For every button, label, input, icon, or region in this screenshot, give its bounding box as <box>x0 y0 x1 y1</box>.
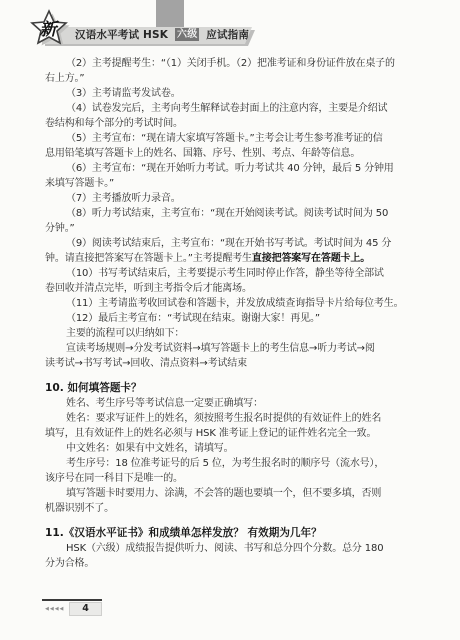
text-segment: 来填写答题卡。” <box>45 178 114 189</box>
text-line: HSK（六级）成绩报告提供听力、阅读、书写和总分四个分数。总分 180 <box>45 541 419 556</box>
text-segment: 11.《汉语水平证书》和成绩单怎样发放？ 有效期为几年？ <box>45 527 322 539</box>
text-segment: （10）书写考试结束后，主考要提示考生同时停止作答，静坐等待全部试 <box>66 268 384 279</box>
text-segment: 中文姓名：如果有中文姓名，请填写。 <box>66 443 233 454</box>
text-line: 卷结构和每个部分的考试时间。 <box>45 116 419 131</box>
text-line: （10）书写考试结束后，主考要提示考生同时停止作答，静坐等待全部试 <box>45 266 419 281</box>
text-line: （4）试卷发完后，主考向考生解释试卷封面上的注意内容，主要是介绍试 <box>45 101 419 116</box>
text-segment: 机器识别不了。 <box>45 503 114 514</box>
emphasized-text: 直接把答案写在答题卡上。 <box>252 253 370 264</box>
text-line: 该序号在同一科目下是唯一的。 <box>45 471 419 486</box>
level-badge: 六级 <box>175 28 199 41</box>
section-heading: 11.《汉语水平证书》和成绩单怎样发放？ 有效期为几年？ <box>45 526 419 541</box>
text-segment: （6）主考宣布：“现在开始听力考试。听力考试共 40 分钟，最后 5 分钟用 <box>66 163 394 174</box>
text-line: 考生序号：18 位准考证号的后 5 位，为考生报名时的顺序号（流水号）， <box>45 456 419 471</box>
text-segment: （8）听力考试结束，主考宣布：“现在开始阅读考试。阅读考试时间为 50 <box>66 208 388 219</box>
text-line: （6）主考宣布：“现在开始听力考试。听力考试共 40 分钟，最后 5 分钟用 <box>45 161 419 176</box>
text-segment: 考生序号：18 位准考证号的后 5 位，为考生报名时的顺序号（流水号）， <box>66 458 384 469</box>
text-line: 宣读考场规则→分发考试资料→填写答题卡上的考生信息→听力考试→阅 <box>45 341 419 356</box>
text-segment: 10. 如何填答题卡？ <box>45 382 142 394</box>
text-line: 填写答题卡时要用力、涂满，不会答的题也要填一个，但不要多填，否则 <box>45 486 419 501</box>
text-line: （9）阅读考试结束后，主考宣布：“现在开始书写考试。考试时间为 45 分 <box>45 236 419 251</box>
star-logo-icon: 新 <box>28 8 70 50</box>
text-segment: 填写答题卡时要用力、涂满，不会答的题也要填一个，但不要多填，否则 <box>66 488 381 499</box>
text-segment: （9）阅读考试结束后，主考宣布：“现在开始书写考试。考试时间为 45 分 <box>66 238 391 249</box>
text-segment: 主要的流程可以归纳如下： <box>66 328 184 339</box>
text-line: 息用铅笔填写答题卡上的姓名、国籍、序号、性别、考点、年龄等信息。 <box>45 146 419 161</box>
text-segment: 息用铅笔填写答题卡上的姓名、国籍、序号、性别、考点、年龄等信息。 <box>45 148 360 159</box>
text-segment: 填写，且有效证件上的姓名必须与 HSK 准考证上登记的证件姓名完全一致。 <box>45 428 376 439</box>
text-line: 主要的流程可以归纳如下： <box>45 326 419 341</box>
text-line: 钟。请直接把答案写在答题卡上。”主考提醒考生直接把答案写在答题卡上。 <box>45 251 419 266</box>
text-segment: 分钟。” <box>45 223 75 234</box>
page-content: （2）主考提醒考生：“（1）关闭手机。（2）把准考证和身份证件放在桌子的右上方。… <box>45 56 419 571</box>
text-line: 来填写答题卡。” <box>45 176 419 191</box>
page-footer: ◀◀◀◀ 4 <box>42 599 102 615</box>
book-title-suffix: 应试指南 <box>206 29 249 41</box>
text-segment: 右上方。” <box>45 73 84 84</box>
text-segment: （7）主考播放听力录音。 <box>66 193 181 204</box>
text-segment: 读考试→书写考试→回收、清点资料→考试结束 <box>45 358 247 369</box>
text-segment: （11）主考请监考收回试卷和答题卡，并发放成绩查询指导卡片给每位考生。 <box>66 298 403 309</box>
section-heading: 10. 如何填答题卡？ <box>45 381 419 396</box>
text-segment: 钟。请直接把答案写在答题卡上。”主考提醒考生 <box>45 253 252 264</box>
text-segment: （2）主考提醒考生：“（1）关闭手机。（2）把准考证和身份证件放在桌子的 <box>66 58 395 69</box>
text-line: （8）听力考试结束，主考宣布：“现在开始阅读考试。阅读考试时间为 50 <box>45 206 419 221</box>
text-segment: （5）主考宣布：“现在请大家填写答题卡。”主考会让考生参考准考证的信 <box>66 133 383 144</box>
text-segment: HSK（六级）成绩报告提供听力、阅读、书写和总分四个分数。总分 180 <box>66 543 383 554</box>
text-segment: （4）试卷发完后，主考向考生解释试卷封面上的注意内容，主要是介绍试 <box>66 103 387 114</box>
text-line: 右上方。” <box>45 71 419 86</box>
book-page: 汉语水平考试 HSK 六级 应试指南 新 （2）主考提醒考生：“（1）关闭手机。… <box>0 0 460 640</box>
text-segment: 卷结构和每个部分的考试时间。 <box>45 118 183 129</box>
text-segment: 卷回收并清点完毕，听到主考指令后才能离场。 <box>45 283 252 294</box>
text-line: 中文姓名：如果有中文姓名，请填写。 <box>45 441 419 456</box>
text-line: 分钟。” <box>45 221 419 236</box>
text-line: 分为合格。 <box>45 556 419 571</box>
text-segment: （12）最后主考宣布：“考试现在结束。谢谢大家！再见。” <box>66 313 320 324</box>
header-tab-bar <box>156 0 184 30</box>
text-line: （11）主考请监考收回试卷和答题卡，并发放成绩查询指导卡片给每位考生。 <box>45 296 419 311</box>
text-segment: 分为合格。 <box>45 558 94 569</box>
header-ribbon: 汉语水平考试 HSK 六级 应试指南 <box>42 27 252 44</box>
text-line: （2）主考提醒考生：“（1）关闭手机。（2）把准考证和身份证件放在桌子的 <box>45 56 419 71</box>
text-line: 姓名：要求写证件上的姓名，须按照考生报名时提供的有效证件上的姓名 <box>45 411 419 426</box>
text-line: （3）主考请监考发试卷。 <box>45 86 419 101</box>
text-line: 姓名、考生序号等考试信息一定要正确填写： <box>45 396 419 411</box>
footer-arrows-icon: ◀◀◀◀ <box>42 606 64 612</box>
text-line: 卷回收并清点完毕，听到主考指令后才能离场。 <box>45 281 419 296</box>
book-title-main: 汉语水平考试 HSK <box>75 29 168 41</box>
page-number: 4 <box>69 602 102 616</box>
text-segment: 该序号在同一科目下是唯一的。 <box>45 473 183 484</box>
text-line: 机器识别不了。 <box>45 501 419 516</box>
text-line: 读考试→书写考试→回收、清点资料→考试结束 <box>45 356 419 371</box>
text-line: 填写，且有效证件上的姓名必须与 HSK 准考证上登记的证件姓名完全一致。 <box>45 426 419 441</box>
text-segment: （3）主考请监考发试卷。 <box>66 88 181 99</box>
text-segment: 宣读考场规则→分发考试资料→填写答题卡上的考生信息→听力考试→阅 <box>66 343 375 354</box>
text-segment: 姓名、考生序号等考试信息一定要正确填写： <box>66 398 263 409</box>
text-line: （7）主考播放听力录音。 <box>45 191 419 206</box>
text-segment: 姓名：要求写证件上的姓名，须按照考生报名时提供的有效证件上的姓名 <box>66 413 381 424</box>
text-line: （5）主考宣布：“现在请大家填写答题卡。”主考会让考生参考准考证的信 <box>45 131 419 146</box>
text-line: （12）最后主考宣布：“考试现在结束。谢谢大家！再见。” <box>45 311 419 326</box>
